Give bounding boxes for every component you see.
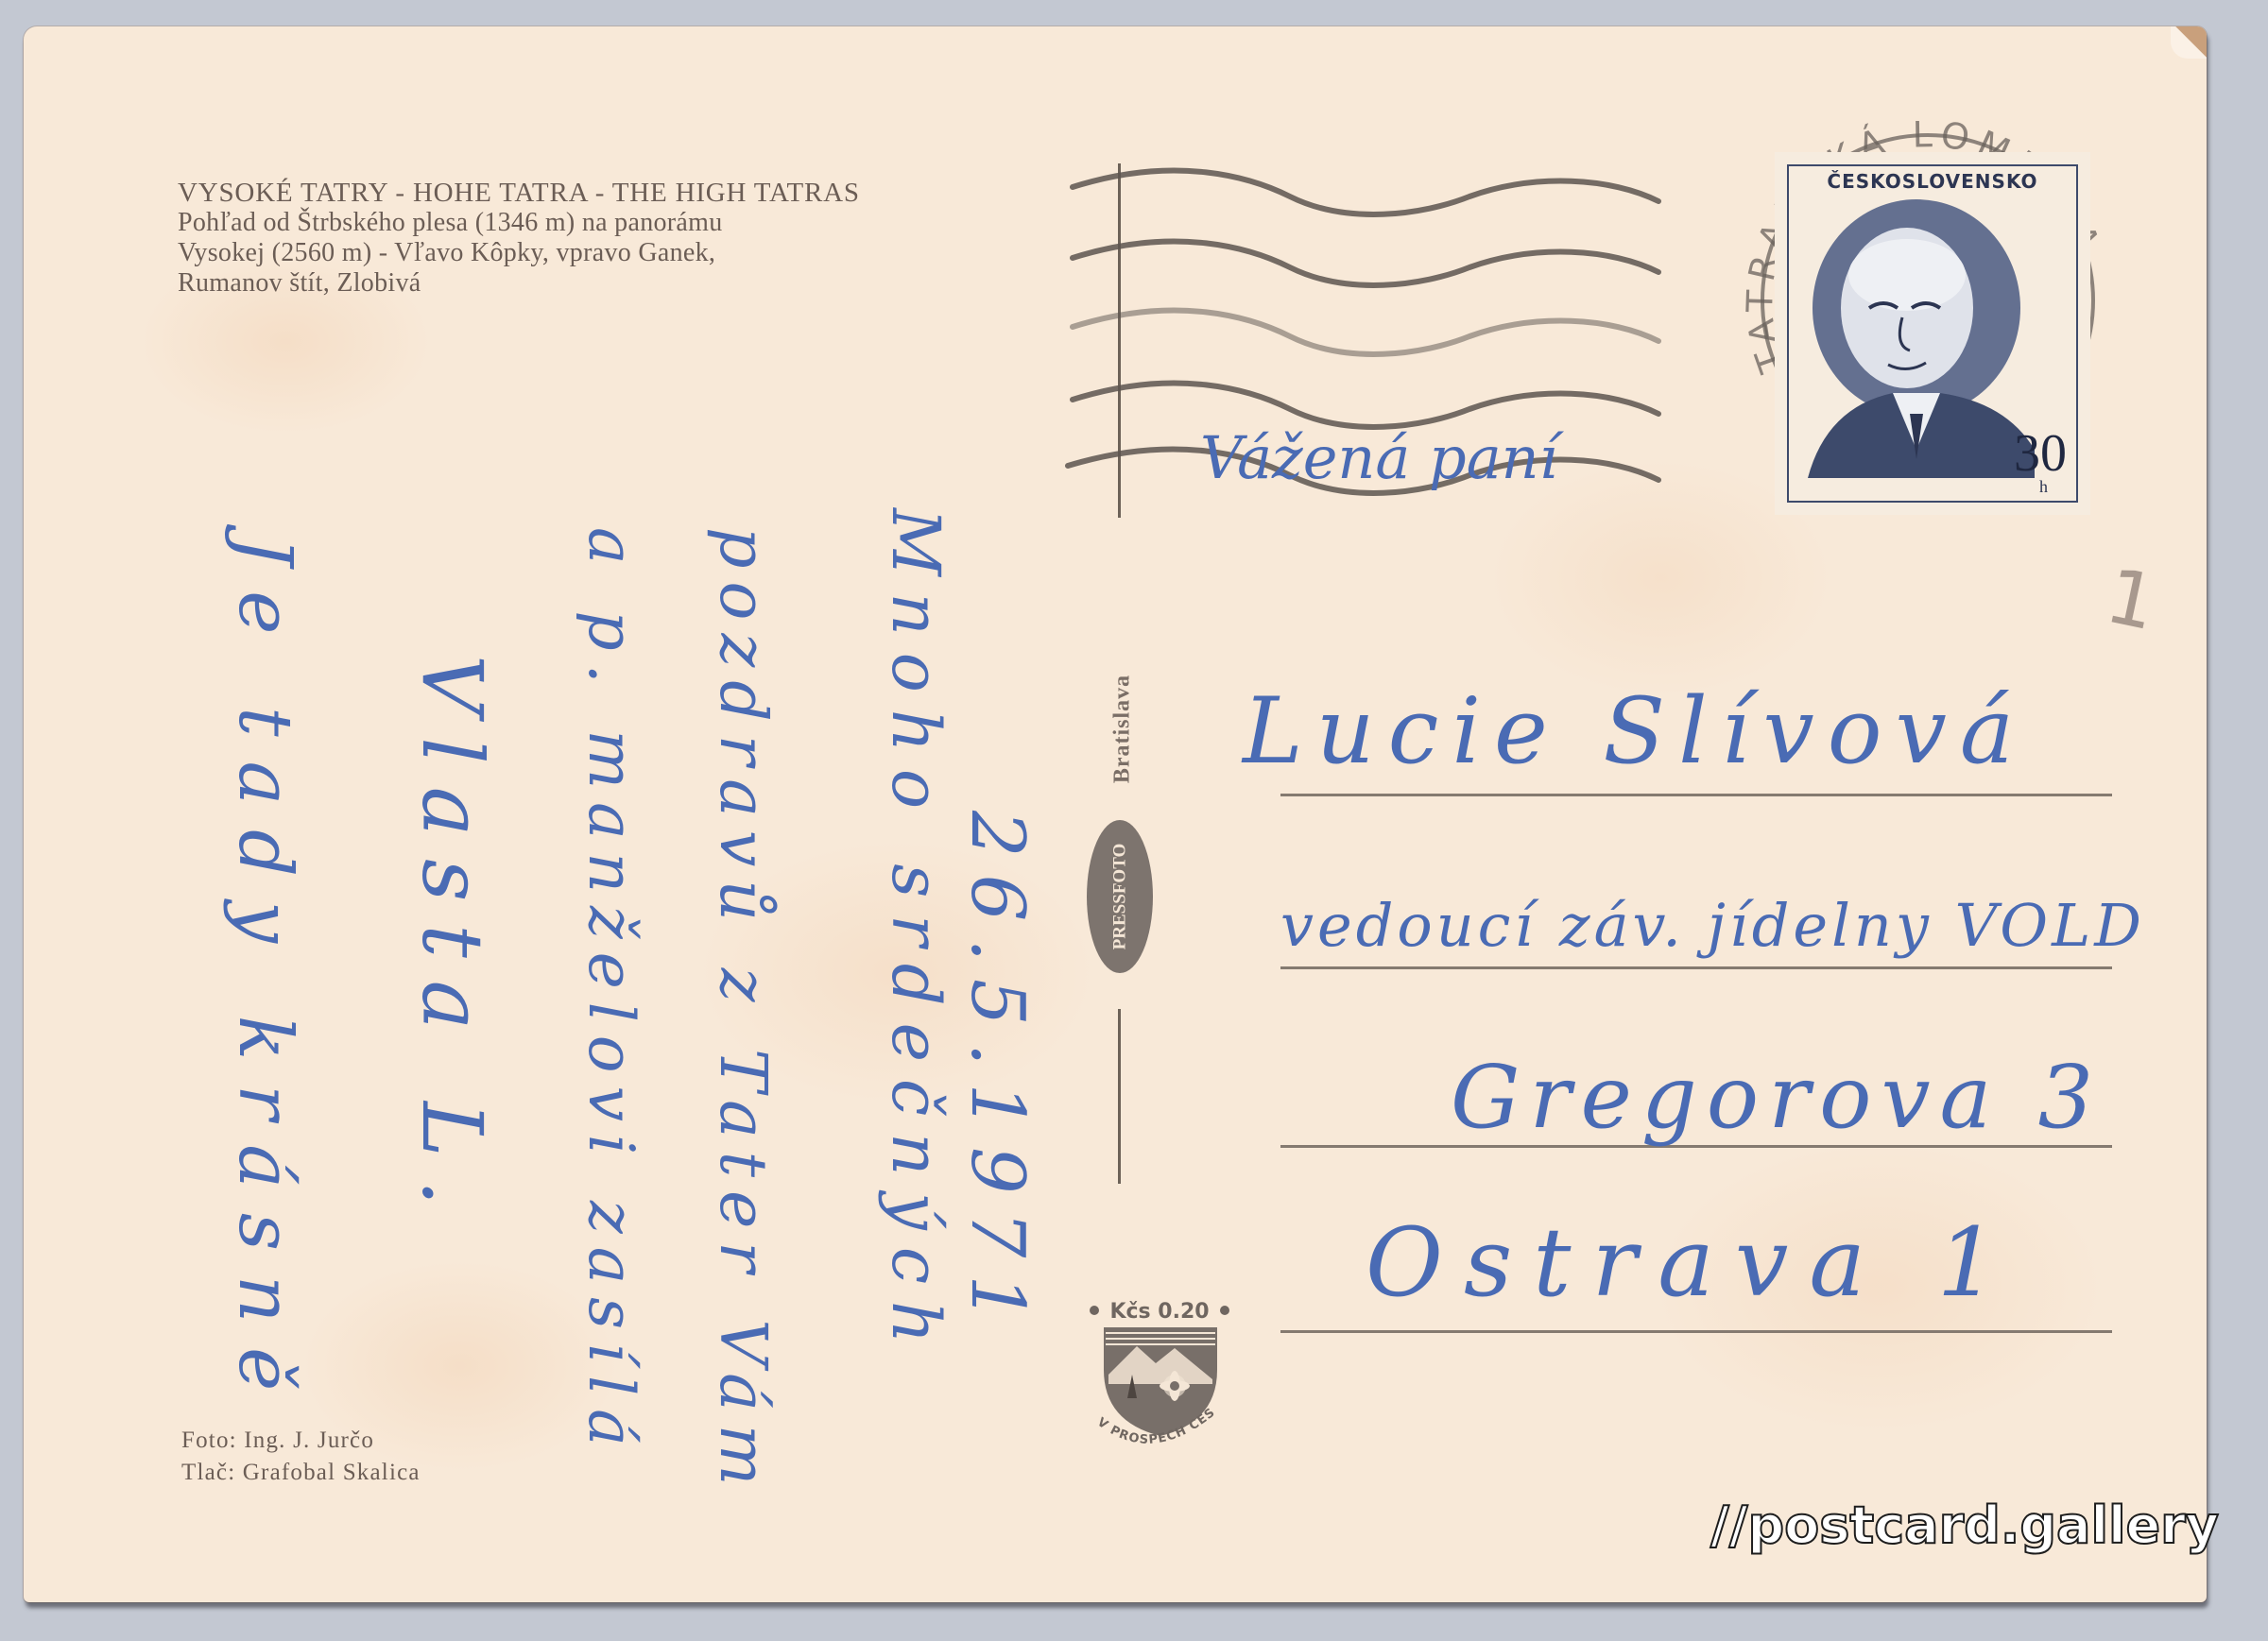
publisher-city: Bratislava [1110, 658, 1136, 800]
address-line-2 [1280, 966, 2112, 969]
address-street: Gregorova 3 [1451, 1047, 2103, 1148]
address-salutation: Vážená paní [1200, 423, 1557, 492]
svg-text:Kčs 0.20: Kčs 0.20 [1109, 1300, 1209, 1324]
postage-stamp: ČESKOSLOVENSKO 30 h [1781, 159, 2084, 508]
caption-line: Pohľad od Štrbského plesa (1346 m) na pa… [178, 208, 860, 238]
center-divider-bottom [1118, 1009, 1121, 1184]
mountain-edelweiss-crest-icon: Kčs 0.20 V PROSPECH CESTOVNÉHO RUCHU [1057, 1280, 1246, 1469]
pressfoto-text: PRESSFOTO [1109, 844, 1130, 950]
address-line-1 [1280, 794, 2112, 796]
postcard-back: VYSOKÉ TATRY - HOHE TATRA - THE HIGH TAT… [24, 26, 2207, 1602]
address-name: Lucie Slívová [1243, 678, 2027, 784]
pressfoto-logo: PRESSFOTO [1087, 820, 1153, 973]
print-credit: Tlač: Grafobal Skalica [181, 1457, 421, 1489]
message-line: Je tady krásně [222, 537, 307, 1415]
caption-title: VYSOKÉ TATRY - HOHE TATRA - THE HIGH TAT… [178, 178, 860, 208]
address-line-4 [1280, 1330, 2112, 1333]
stamp-value: 30 [2014, 423, 2067, 484]
message-date: 26.5.1971 [954, 811, 1039, 1339]
printed-caption: VYSOKÉ TATRY - HOHE TATRA - THE HIGH TAT… [178, 178, 860, 299]
watermark: //postcard.gallery [1710, 1496, 2219, 1555]
photo-credit: Foto: Ing. J. Jurčo [181, 1425, 421, 1457]
corner-fold [2171, 26, 2207, 59]
message-signature: Vlasta L. [404, 655, 501, 1229]
printed-credits: Foto: Ing. J. Jurčo Tlač: Grafobal Skali… [181, 1425, 421, 1489]
address-workplace: vedoucí záv. jídelny VOLD [1280, 891, 2145, 960]
stamp-unit: h [2039, 477, 2048, 497]
message-line: pozdravů z Tater Vám [705, 527, 780, 1498]
caption-line: Rumanov štít, Zlobivá [178, 268, 860, 299]
caption-line: Vysokej (2560 m) - Vľavo Kôpky, vpravo G… [178, 238, 860, 268]
message-line: Mnoho srdečných [877, 508, 954, 1360]
address-city: Ostrava 1 [1366, 1207, 2018, 1318]
message-line: a p. manželovi zasílá [575, 527, 647, 1460]
pencil-mark: 1 [2099, 552, 2164, 648]
